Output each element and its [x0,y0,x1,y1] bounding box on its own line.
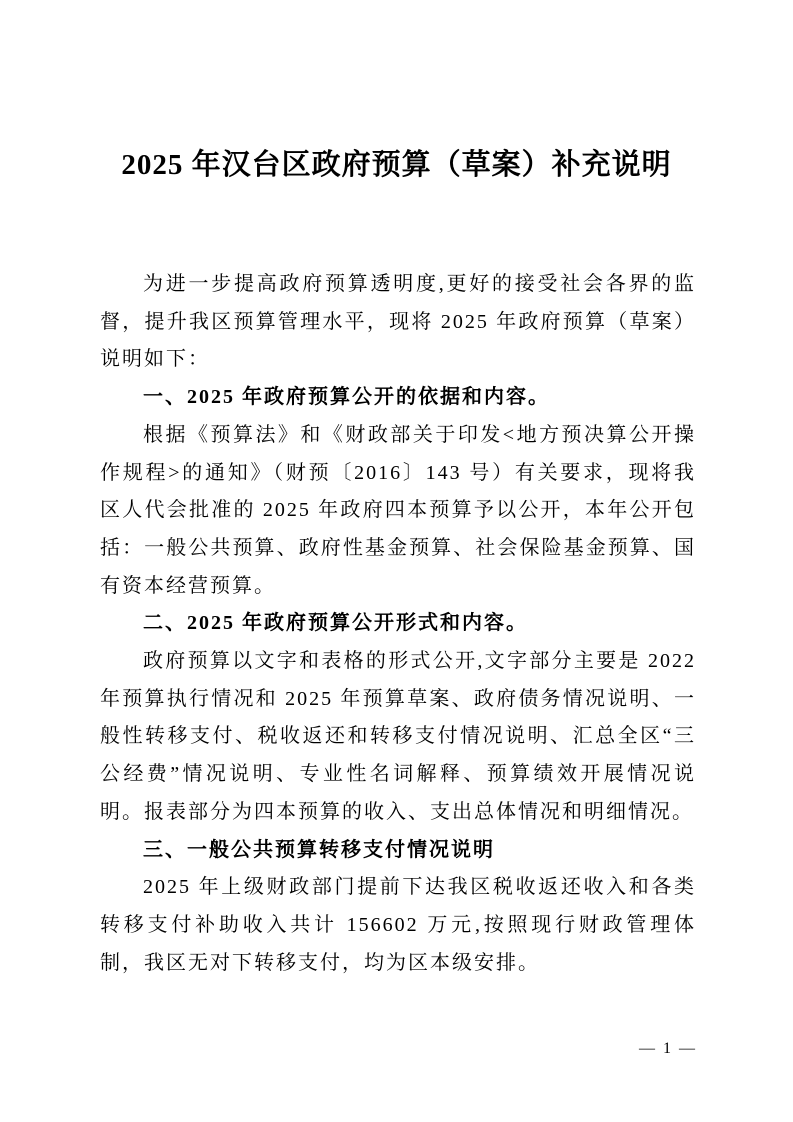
section-3-paragraph: 2025 年上级财政部门提前下达我区税收返还收入和各类转移支付补助收入共计 15… [100,869,696,982]
section-3-heading: 三、一般公共预算转移支付情况说明 [100,832,696,870]
section-1-heading: 一、2025 年政府预算公开的依据和内容。 [100,379,696,417]
document-title: 2025 年汉台区政府预算（草案）补充说明 [0,142,793,183]
section-2-heading: 二、2025 年政府预算公开形式和内容。 [100,605,696,643]
document-page: 2025 年汉台区政府预算（草案）补充说明 为进一步提高政府预算透明度,更好的接… [0,0,793,1122]
page-number: — 1 — [639,1040,697,1058]
section-2-paragraph: 政府预算以文字和表格的形式公开,文字部分主要是 2022 年预算执行情况和 20… [100,643,696,832]
section-1-paragraph: 根据《预算法》和《财政部关于印发<地方预决算公开操作规程>的通知》（财预〔201… [100,417,696,606]
intro-paragraph: 为进一步提高政府预算透明度,更好的接受社会各界的监督，提升我区预算管理水平，现将… [100,266,696,379]
document-body: 为进一步提高政府预算透明度,更好的接受社会各界的监督，提升我区预算管理水平，现将… [100,266,696,982]
